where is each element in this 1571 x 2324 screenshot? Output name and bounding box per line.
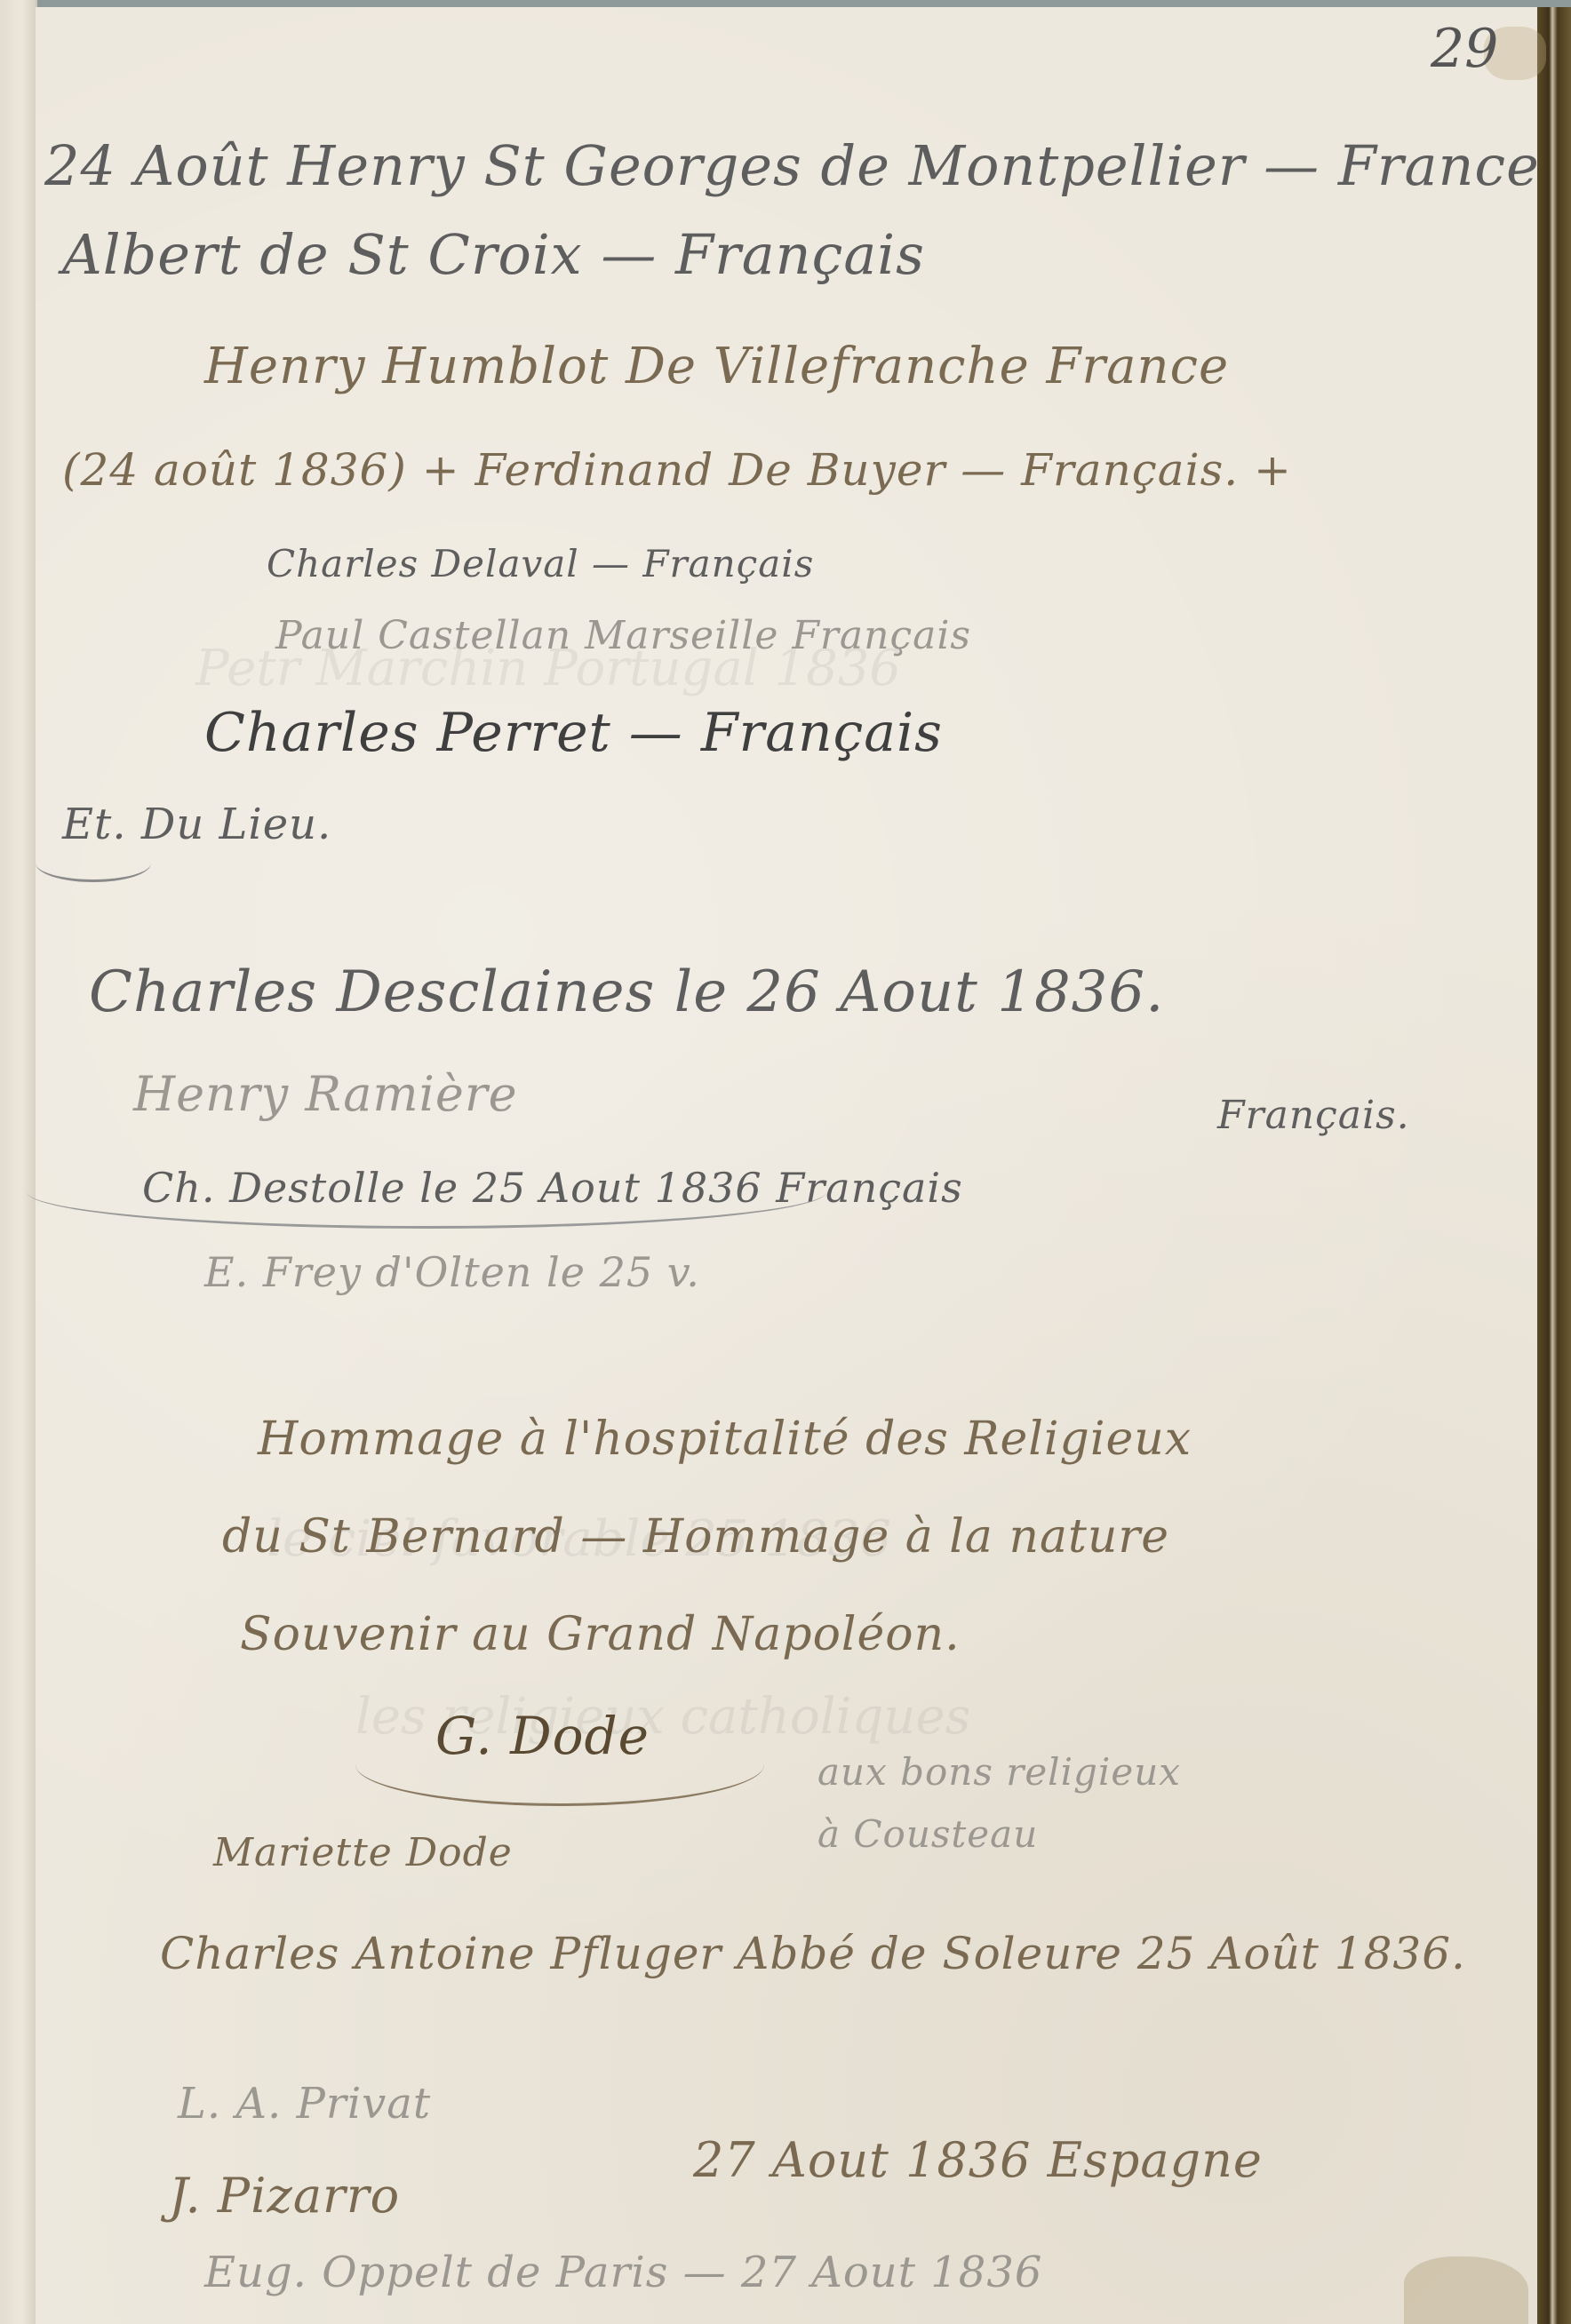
page-edge <box>1537 7 1571 2324</box>
entry-line: Charles Perret — Français <box>204 702 943 764</box>
signature-flourish <box>36 844 151 882</box>
book-spine <box>0 0 37 2324</box>
entry-line: 27 Aout 1836 Espagne <box>693 2132 1263 2188</box>
entry-line: L. A. Privat <box>178 2079 431 2129</box>
entry-line: Charles Delaval — Français <box>267 542 814 585</box>
entry-line: (24 août 1836) + Ferdinand De Buyer — Fr… <box>62 444 1292 496</box>
signature-flourish <box>27 1155 826 1229</box>
corner-stain <box>1404 2256 1528 2324</box>
entry-line: aux bons religieux <box>817 1750 1181 1794</box>
page-number: 29 <box>1431 18 1498 80</box>
entry-line: Souvenir au Grand Napoléon. <box>240 1608 961 1661</box>
entry-line: Français. <box>1217 1093 1410 1138</box>
entry-line: Charles Antoine Pfluger Abbé de Soleure … <box>160 1928 1466 1979</box>
entry-line: 24 Août Henry St Georges de Montpellier … <box>44 133 1540 198</box>
entry-line: Eug. Oppelt de Paris — 27 Aout 1836 <box>204 2248 1042 2297</box>
entry-line: Mariette Dode <box>213 1830 513 1875</box>
entry-line: à Cousteau <box>817 1812 1038 1856</box>
entry-line: Albert de St Croix — Français <box>62 222 925 287</box>
entry-line: Et. Du Lieu. <box>62 800 331 849</box>
entry-line: Henry Humblot De Villefranche France <box>204 338 1229 395</box>
entry-line: Hommage à l'hospitalité des Religieux <box>258 1413 1192 1466</box>
entry-line: Paul Castellan Marseille Français <box>275 613 971 658</box>
entry-line: Charles Desclaines le 26 Aout 1836. <box>89 959 1164 1025</box>
entry-line: J. Pizarro <box>169 2168 400 2224</box>
signature-flourish <box>355 1723 764 1806</box>
entry-line: E. Frey d'Olten le 25 v. <box>204 1248 700 1296</box>
entry-line: du St Bernard — Hommage à la nature <box>222 1510 1169 1564</box>
entry-line: Henry Ramière <box>133 1066 518 1122</box>
